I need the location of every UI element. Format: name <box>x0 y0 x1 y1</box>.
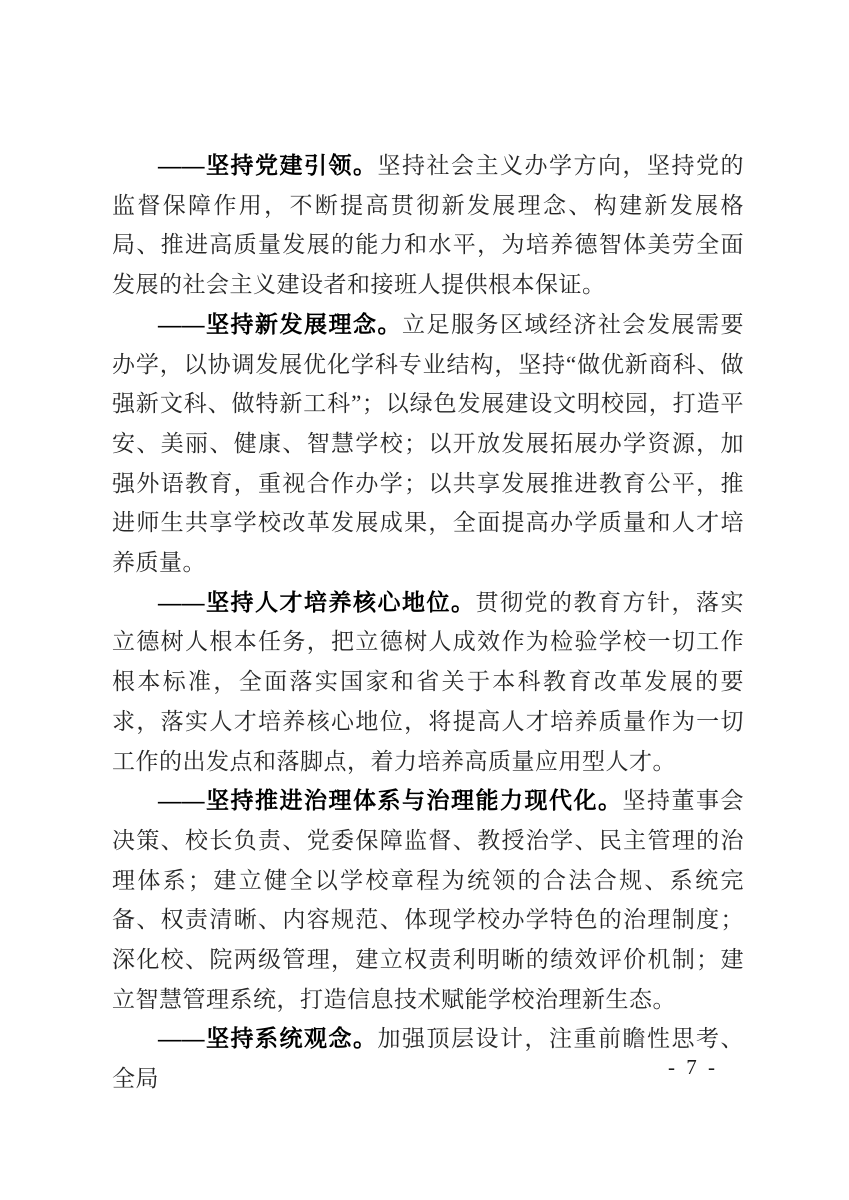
paragraph-text: 立足服务区域经济社会发展需要办学，以协调发展优化学科专业结构，坚持“做优新商科、… <box>112 312 744 575</box>
document-page: ——坚持党建引领。坚持社会主义办学方向，坚持党的监督保障作用，不断提高贯彻新发展… <box>0 0 849 1200</box>
paragraph-text: 贯彻党的教育方针，落实立德树人根本任务，把立德树人成效作为检验学校一切工作根本标… <box>112 590 744 774</box>
document-body: ——坚持党建引领。坚持社会主义办学方向，坚持党的监督保障作用，不断提高贯彻新发展… <box>112 146 744 1099</box>
paragraph: ——坚持新发展理念。立足服务区域经济社会发展需要办学，以协调发展优化学科专业结构… <box>112 305 744 583</box>
paragraph: ——坚持党建引领。坚持社会主义办学方向，坚持党的监督保障作用，不断提高贯彻新发展… <box>112 146 744 305</box>
paragraph-lead: ——坚持推进治理体系与治理能力现代化。 <box>158 788 623 813</box>
paragraph: ——坚持推进治理体系与治理能力现代化。坚持董事会决策、校长负责、党委保障监督、教… <box>112 781 744 1019</box>
paragraph-lead: ——坚持人才培养核心地位。 <box>158 590 476 615</box>
paragraph: ——坚持系统观念。加强顶层设计，注重前瞻性思考、全局 <box>112 1019 744 1098</box>
paragraph-lead: ——坚持系统观念。 <box>158 1026 378 1051</box>
paragraph-lead: ——坚持党建引领。 <box>158 153 378 178</box>
paragraph: ——坚持人才培养核心地位。贯彻党的教育方针，落实立德树人根本任务，把立德树人成效… <box>112 583 744 782</box>
page-footer: - 7 - <box>668 1055 718 1080</box>
paragraph-lead: ——坚持新发展理念。 <box>158 312 402 337</box>
page-number: - 7 - <box>668 1055 718 1079</box>
paragraph-text: 坚持董事会决策、校长负责、党委保障监督、教授治学、民主管理的治理体系；建立健全以… <box>112 788 744 1012</box>
